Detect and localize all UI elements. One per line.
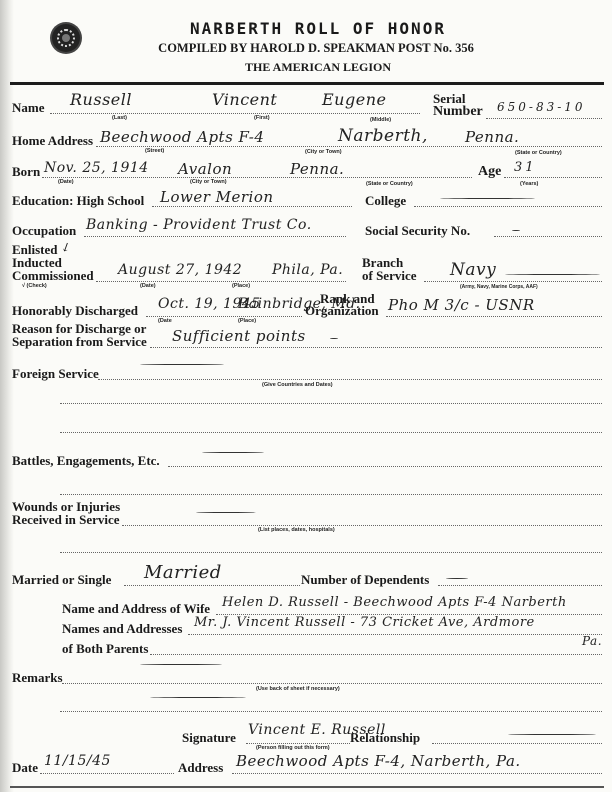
born-city-caption: (City or Town): [190, 179, 227, 185]
branch-label-line2: of Service: [362, 269, 417, 282]
parents-value[interactable]: Mr. J. Vincent Russell - 73 Cricket Ave,…: [194, 615, 535, 630]
dependents-line: [438, 585, 602, 586]
footer-divider: [10, 786, 604, 788]
name-middle-value[interactable]: Eugene: [322, 90, 386, 109]
social-security-label: Social Security No.: [365, 224, 470, 237]
college-line: [414, 206, 602, 207]
home-address-city-caption: (City or Town): [305, 149, 342, 155]
occupation-value[interactable]: Banking - Provident Trust Co.: [86, 217, 312, 233]
remarks-line-2: [60, 711, 602, 712]
marital-line: [124, 585, 300, 586]
remarks-label: Remarks: [12, 671, 63, 684]
relationship-line: [432, 743, 602, 744]
reason-label-line2: Separation from Service: [12, 335, 147, 348]
born-date-value[interactable]: Nov. 25, 1914: [44, 160, 149, 176]
home-address-state-value[interactable]: Penna.: [465, 128, 519, 146]
rank-line: [386, 316, 602, 317]
foreign-service-label: Foreign Service: [12, 367, 99, 380]
entry-date-value[interactable]: August 27, 1942: [118, 262, 242, 278]
discharge-date-caption: (Date: [158, 318, 172, 324]
branch-line: [424, 281, 602, 282]
remarks-value-2: [150, 697, 246, 698]
wounds-line: [122, 525, 602, 526]
rank-label-line2: Organization: [305, 304, 379, 317]
relationship-label: Relationship: [350, 731, 420, 744]
home-address-state-caption: (State or Country): [515, 150, 562, 156]
married-or-single-label: Married or Single: [12, 573, 111, 586]
foreign-service-line-2: [60, 403, 602, 404]
marital-status-value[interactable]: Married: [144, 562, 222, 583]
signature-label: Signature: [182, 731, 236, 744]
foreign-service-line: [98, 379, 602, 380]
age-value[interactable]: 31: [514, 160, 537, 175]
wife-label: Name and Address of Wife: [62, 602, 210, 615]
enlisted-checkmark-icon[interactable]: ↙: [58, 239, 73, 257]
serial-line: [486, 118, 602, 119]
battles-value[interactable]: [202, 452, 264, 453]
name-first-value[interactable]: Vincent: [212, 90, 277, 109]
home-address-label: Home Address: [12, 134, 93, 147]
name-first-caption: (First): [254, 115, 270, 121]
address-label: Address: [178, 761, 223, 774]
wounds-value[interactable]: [196, 512, 256, 513]
header-divider: [10, 82, 604, 85]
discharge-place-caption: (Place): [238, 318, 256, 324]
entry-place-value[interactable]: Phila, Pa.: [272, 262, 343, 278]
parents-label-line2: of Both Parents: [62, 642, 148, 655]
parents-line-2: [150, 654, 602, 655]
remarks-caption: (Use back of sheet if necessary): [256, 686, 340, 692]
document-subtitle: COMPILED BY HAROLD D. SPEAKMAN POST No. …: [0, 41, 612, 56]
high-school-value[interactable]: Lower Merion: [160, 188, 274, 206]
wounds-caption: (List places, dates, hospitals): [258, 527, 335, 533]
parents-value-cont[interactable]: Pa.: [582, 634, 602, 648]
age-line: [504, 177, 602, 178]
education-high-school-label: Education: High School: [12, 194, 144, 207]
entry-date-caption: (Date): [140, 283, 156, 289]
branch-strike: [505, 274, 600, 275]
check-caption: √ (Check): [22, 283, 47, 289]
name-last-caption: (Last): [112, 115, 127, 121]
document-title: NARBERTH ROLL OF HONOR: [0, 19, 612, 38]
branch-caption: (Army, Navy, Marine Corps, AAF): [460, 284, 538, 290]
remarks-line: [62, 683, 602, 684]
born-label: Born: [12, 165, 40, 178]
home-address-street-value[interactable]: Beechwood Apts F-4: [100, 128, 264, 146]
address-value[interactable]: Beechwood Apts F-4, Narberth, Pa.: [236, 752, 521, 770]
reason-line: [150, 347, 602, 348]
entry-place-caption: (Place): [232, 283, 250, 289]
home-address-street-caption: (Street): [145, 148, 164, 154]
commissioned-label: Commissioned: [12, 269, 94, 282]
discharge-line: [146, 316, 302, 317]
dependents-value[interactable]: [446, 578, 468, 579]
organization-name: THE AMERICAN LEGION: [0, 60, 612, 75]
date-label: Date: [12, 761, 38, 774]
occupation-label: Occupation: [12, 224, 76, 237]
relationship-value[interactable]: [508, 734, 596, 735]
name-middle-caption: (Middle): [370, 117, 391, 123]
parents-label-line1: Names and Addresses: [62, 622, 182, 635]
date-line: [40, 773, 174, 774]
social-security-line: [494, 236, 602, 237]
name-line: [50, 113, 420, 114]
home-address-line: [96, 146, 602, 147]
foreign-service-value[interactable]: [140, 364, 224, 365]
foreign-service-caption: (Give Countries and Dates): [262, 382, 333, 388]
high-school-line: [152, 206, 352, 207]
wife-value[interactable]: Helen D. Russell - Beechwood Apts F-4 Na…: [222, 595, 567, 610]
reason-dash: [330, 338, 338, 339]
battles-line-2: [60, 494, 602, 495]
address-line: [232, 773, 602, 774]
born-city-value[interactable]: Avalon: [178, 160, 232, 178]
dependents-label: Number of Dependents: [301, 573, 429, 586]
parents-line: [188, 634, 602, 635]
wounds-label-line2: Received in Service: [12, 513, 120, 526]
foreign-service-line-3: [60, 432, 602, 433]
home-address-city-value[interactable]: Narberth,: [338, 126, 428, 146]
reason-value[interactable]: Sufficient points: [172, 327, 306, 345]
social-security-value[interactable]: [512, 230, 520, 231]
serial-number-value[interactable]: 650-83-10: [497, 100, 586, 114]
born-date-caption: (Date): [58, 179, 74, 185]
rank-value[interactable]: Pho M 3/c - USNR: [388, 296, 535, 314]
name-label: Name: [12, 101, 45, 114]
born-state-value[interactable]: Penna.: [290, 160, 344, 178]
age-label: Age: [478, 165, 501, 178]
age-caption: (Years): [520, 181, 538, 187]
name-last-value[interactable]: Russell: [70, 90, 132, 109]
born-state-caption: (State or Country): [366, 181, 413, 187]
serial-label-line2: Number: [433, 105, 483, 118]
remarks-value[interactable]: [140, 664, 222, 665]
battles-line: [168, 466, 602, 467]
date-value[interactable]: 11/15/45: [44, 753, 111, 769]
occupation-line: [84, 236, 346, 237]
entry-line: [96, 281, 346, 282]
college-label: College: [365, 194, 406, 207]
born-line: [42, 177, 472, 178]
signature-caption: (Person filling out this form): [256, 745, 330, 751]
branch-value[interactable]: Navy: [450, 260, 496, 280]
college-value[interactable]: [440, 198, 535, 199]
honorably-discharged-label: Honorably Discharged: [12, 304, 138, 317]
signature-line: [246, 743, 350, 744]
battles-label: Battles, Engagements, Etc.: [12, 454, 160, 467]
wounds-line-2: [60, 552, 602, 553]
